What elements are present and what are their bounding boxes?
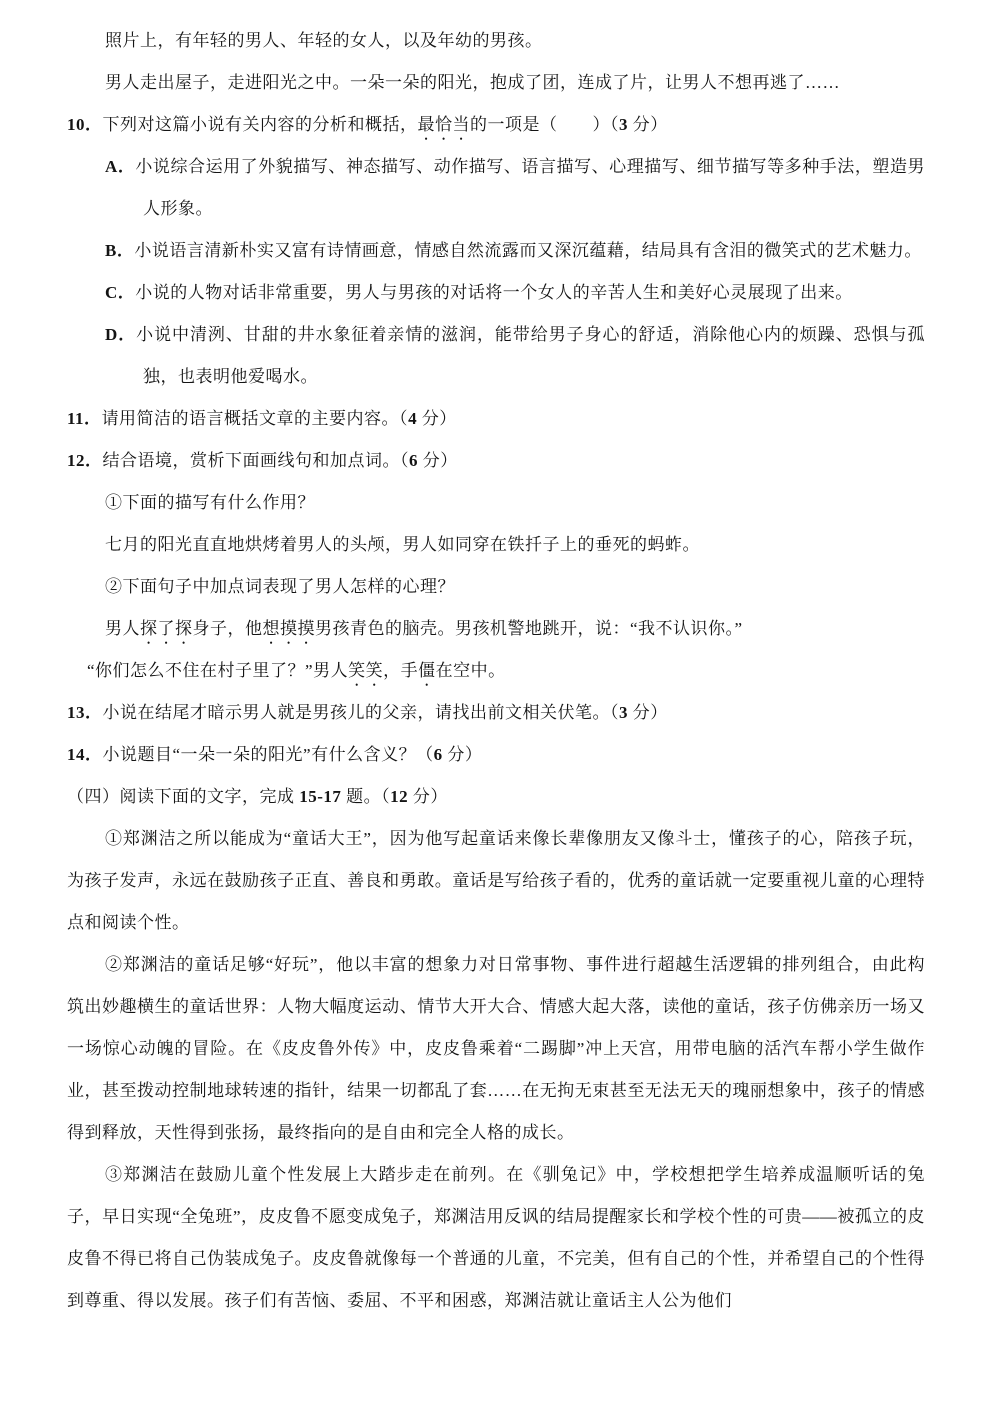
score-suffix: 分） bbox=[418, 451, 458, 470]
question-10: 10．下列对这篇小说有关内容的分析和概括，最恰当的一项是（ ）（3 分） bbox=[67, 104, 925, 146]
score-number: 6 bbox=[409, 451, 418, 470]
question-text: 小说在结尾才暗示男人就是男孩儿的父亲，请找出前文相关伏笔。（ bbox=[103, 703, 620, 722]
emphasized-word: 最恰当 bbox=[418, 115, 471, 134]
reading-paragraph-2: ②郑渊洁的童话足够“好玩”，他以丰富的想象力对日常事物、事件进行超越生活逻辑的排… bbox=[67, 944, 925, 1154]
emphasized-word: 探了探 bbox=[140, 619, 193, 638]
question-12: 12．结合语境，赏析下面画线句和加点词。（6 分） bbox=[67, 440, 925, 482]
section-heading-4: （四）阅读下面的文字，完成 15-17 题。（12 分） bbox=[67, 776, 925, 818]
option-text: 小说中清洌、甘甜的井水象征着亲情的滋润，能带给男子身心的舒适，消除他心内的烦躁、… bbox=[136, 325, 925, 386]
score-number: 12 bbox=[390, 787, 408, 806]
question-text: 结合语境，赏析下面画线句和加点词。（ bbox=[103, 451, 410, 470]
reading-paragraph-3: ③郑渊洁在鼓励儿童个性发展上大踏步走在前列。在《驯兔记》中，学校想把学生培养成温… bbox=[67, 1154, 925, 1322]
sub-question-1: ①下面的描写有什么作用？ bbox=[67, 482, 925, 524]
quote-text: 七月的阳光直直地烘烤着男人的头颅，男人如同穿在铁扦子上的垂死的蚂蚱。 bbox=[105, 535, 700, 554]
score-suffix: 分） bbox=[443, 745, 483, 764]
option-c: C．小说的人物对话非常重要，男人与男孩的对话将一个女人的辛苦人生和美好心灵展现了… bbox=[67, 272, 925, 314]
quoted-sentence-1: 七月的阳光直直地烘烤着男人的头颅，男人如同穿在铁扦子上的垂死的蚂蚱。 bbox=[67, 524, 925, 566]
exam-page: { "page": { "background": "#ffffff", "te… bbox=[0, 0, 992, 1403]
section-text: 题。（ bbox=[341, 787, 390, 806]
passage-line: 男人走出屋子，走进阳光之中。一朵一朵的阳光，抱成了团，连成了片，让男人不想再逃了… bbox=[67, 62, 925, 104]
score-suffix: 分） bbox=[628, 703, 668, 722]
passage-text: 照片上，有年轻的男人、年轻的女人，以及年幼的男孩。 bbox=[105, 31, 543, 50]
quoted-sentence-2: 男人探了探身子，他想摸摸男孩青色的脑壳。男孩机警地跳开，说：“我不认识你。” bbox=[67, 608, 925, 650]
question-text: 小说题目“一朵一朵的阳光”有什么含义？（ bbox=[103, 745, 434, 764]
paragraph-text: ①郑渊洁之所以能成为“童话大王”，因为他写起童话来像长辈像朋友又像斗士，懂孩子的… bbox=[67, 829, 925, 932]
option-b: B．小说语言清新朴实又富有诗情画意，情感自然流露而又深沉蕴藉，结局具有含泪的微笑… bbox=[67, 230, 925, 272]
option-letter: C． bbox=[105, 283, 135, 302]
question-text: 请用简洁的语言概括文章的主要内容。（ bbox=[102, 409, 409, 428]
quote-text: 男孩青色的脑壳。男孩机警地跳开，说：“我不认识你。” bbox=[315, 619, 743, 638]
paragraph-text: ③郑渊洁在鼓励儿童个性发展上大踏步走在前列。在《驯兔记》中，学校想把学生培养成温… bbox=[67, 1165, 925, 1310]
option-letter: A． bbox=[105, 157, 135, 176]
option-letter: B． bbox=[105, 241, 134, 260]
question-number: 14． bbox=[67, 745, 103, 764]
question-number: 10． bbox=[67, 115, 103, 134]
sub-question-text: ①下面的描写有什么作用？ bbox=[105, 493, 315, 512]
paragraph-text: ②郑渊洁的童话足够“好玩”，他以丰富的想象力对日常事物、事件进行超越生活逻辑的排… bbox=[67, 955, 925, 1142]
emphasized-word: 想摸摸 bbox=[263, 619, 316, 638]
passage-text: 男人走出屋子，走进阳光之中。一朵一朵的阳光，抱成了团，连成了片，让男人不想再逃了… bbox=[105, 73, 840, 92]
option-text: 小说语言清新朴实又富有诗情画意，情感自然流露而又深沉蕴藉，结局具有含泪的微笑式的… bbox=[134, 241, 922, 260]
section-text: （四）阅读下面的文字，完成 bbox=[67, 787, 299, 806]
emphasized-word: 僵 bbox=[418, 661, 436, 680]
option-d: D．小说中清洌、甘甜的井水象征着亲情的滋润，能带给男子身心的舒适，消除他心内的烦… bbox=[67, 314, 925, 398]
option-letter: D． bbox=[105, 325, 136, 344]
quote-text: 在空中。 bbox=[436, 661, 506, 680]
quoted-sentence-3: “你们怎么不住在村子里了？”男人笑笑，手僵在空中。 bbox=[67, 650, 925, 692]
option-text: 小说综合运用了外貌描写、神态描写、动作描写、语言描写、心理描写、细节描写等多种手… bbox=[135, 157, 925, 218]
question-number: 11． bbox=[67, 409, 102, 428]
score-number: 3 bbox=[619, 703, 628, 722]
question-number: 13． bbox=[67, 703, 103, 722]
passage-line: 照片上，有年轻的男人、年轻的女人，以及年幼的男孩。 bbox=[67, 20, 925, 62]
score-suffix: 分） bbox=[417, 409, 457, 428]
sub-question-text: ②下面句子中加点词表现了男人怎样的心理？ bbox=[105, 577, 455, 596]
question-range: 15-17 bbox=[299, 787, 341, 806]
question-text: 的一项是（ ）（ bbox=[470, 115, 619, 134]
exam-document: 照片上，有年轻的男人、年轻的女人，以及年幼的男孩。 男人走出屋子，走进阳光之中。… bbox=[67, 20, 925, 1322]
emphasized-word: 笑笑 bbox=[348, 661, 383, 680]
reading-paragraph-1: ①郑渊洁之所以能成为“童话大王”，因为他写起童话来像长辈像朋友又像斗士，懂孩子的… bbox=[67, 818, 925, 944]
question-11: 11．请用简洁的语言概括文章的主要内容。（4 分） bbox=[67, 398, 925, 440]
question-13: 13．小说在结尾才暗示男人就是男孩儿的父亲，请找出前文相关伏笔。（3 分） bbox=[67, 692, 925, 734]
score-number: 3 bbox=[619, 115, 628, 134]
question-14: 14．小说题目“一朵一朵的阳光”有什么含义？（6 分） bbox=[67, 734, 925, 776]
question-text: 下列对这篇小说有关内容的分析和概括， bbox=[103, 115, 418, 134]
option-text: 小说的人物对话非常重要，男人与男孩的对话将一个女人的辛苦人生和美好心灵展现了出来… bbox=[135, 283, 853, 302]
score-number: 4 bbox=[408, 409, 417, 428]
sub-question-2: ②下面句子中加点词表现了男人怎样的心理？ bbox=[67, 566, 925, 608]
score-suffix: 分） bbox=[408, 787, 448, 806]
score-suffix: 分） bbox=[628, 115, 668, 134]
option-a: A．小说综合运用了外貌描写、神态描写、动作描写、语言描写、心理描写、细节描写等多… bbox=[67, 146, 925, 230]
score-number: 6 bbox=[434, 745, 443, 764]
question-number: 12． bbox=[67, 451, 103, 470]
quote-text: 身子，他 bbox=[193, 619, 263, 638]
quote-text: 男人 bbox=[105, 619, 140, 638]
quote-text: ，手 bbox=[383, 661, 418, 680]
quote-text: “你们怎么不住在村子里了？”男人 bbox=[87, 661, 348, 680]
